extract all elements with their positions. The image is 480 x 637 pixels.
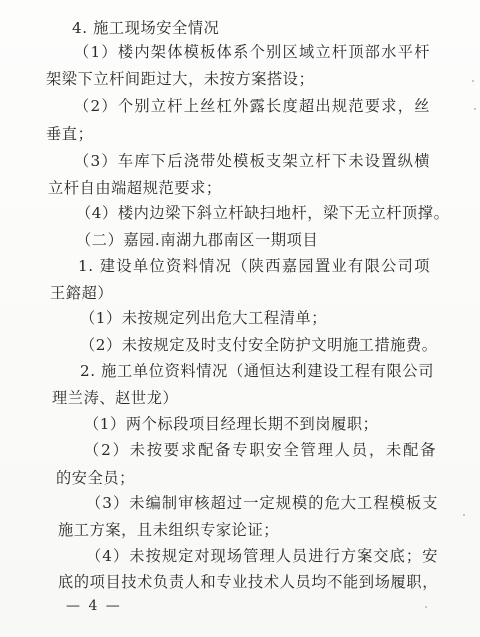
text-line: 2. 施工单位资料情况（通恒达利建设工程有限公司项目经	[80, 362, 434, 380]
page-number: — 4 —	[66, 598, 122, 614]
scan-speck	[425, 606, 427, 608]
text-line: （2）未按要求配备专职安全管理人员，未配备 C1 或 C3 证	[84, 441, 436, 459]
text-line: （二）嘉园.南湖九郡南区一期项目	[76, 231, 318, 249]
text-line: （3）未编制审核超过一定规模的危大工程模板支撑架专项	[86, 494, 438, 512]
text-line: 立杆自由端超规范要求；	[48, 179, 222, 197]
text-line: （3）车库下后浇带处模板支架立杆下未设置纵横向扫地杆，	[74, 152, 430, 170]
scan-speck	[472, 80, 474, 82]
text-line: （2）未按规定及时支付安全防护文明施工措施费。	[80, 336, 438, 354]
text-line: 1. 建设单位资料情况（陕西嘉园置业有限公司项目负责人：	[78, 257, 430, 275]
text-line: 王鎔超）	[50, 284, 113, 302]
text-line: 底的项目技术负责人和专业技术人员均不能到场履职，技术交底	[58, 573, 438, 591]
text-line: （1）两个标段项目经理长期不到岗履职；	[84, 415, 378, 433]
text-line: 4. 施工现场安全情况	[72, 19, 219, 37]
text-line: （1）未按规定列出危大工程清单；	[80, 309, 327, 327]
text-line: （4）未按规定对现场管理人员进行方案交底；安全技术交	[86, 547, 438, 565]
scan-speck	[463, 514, 465, 516]
text-line: （2）个别立杆上丝杠外露长度超出规范要求，丝杠倾斜不	[74, 97, 430, 115]
text-line: 架梁下立杆间距过大，未按方案搭设；	[46, 70, 314, 88]
text-line: （1）楼内架体模板体系个别区域立杆顶部水平杆缺失，框	[74, 43, 430, 61]
text-line: 理兰涛、赵世龙）	[52, 389, 178, 407]
scan-speck	[474, 108, 476, 110]
text-line: 的安全员；	[56, 469, 135, 487]
text-line: 施工方案，且未组织专家论证；	[58, 521, 279, 539]
text-line: 垂直；	[46, 125, 93, 143]
document-page: 4. 施工现场安全情况（1）楼内架体模板体系个别区域立杆顶部水平杆缺失，框架梁下…	[0, 0, 480, 637]
text-line: （4）楼内边梁下斜立杆缺扫地杆，梁下无立杆顶撑。	[76, 204, 449, 222]
